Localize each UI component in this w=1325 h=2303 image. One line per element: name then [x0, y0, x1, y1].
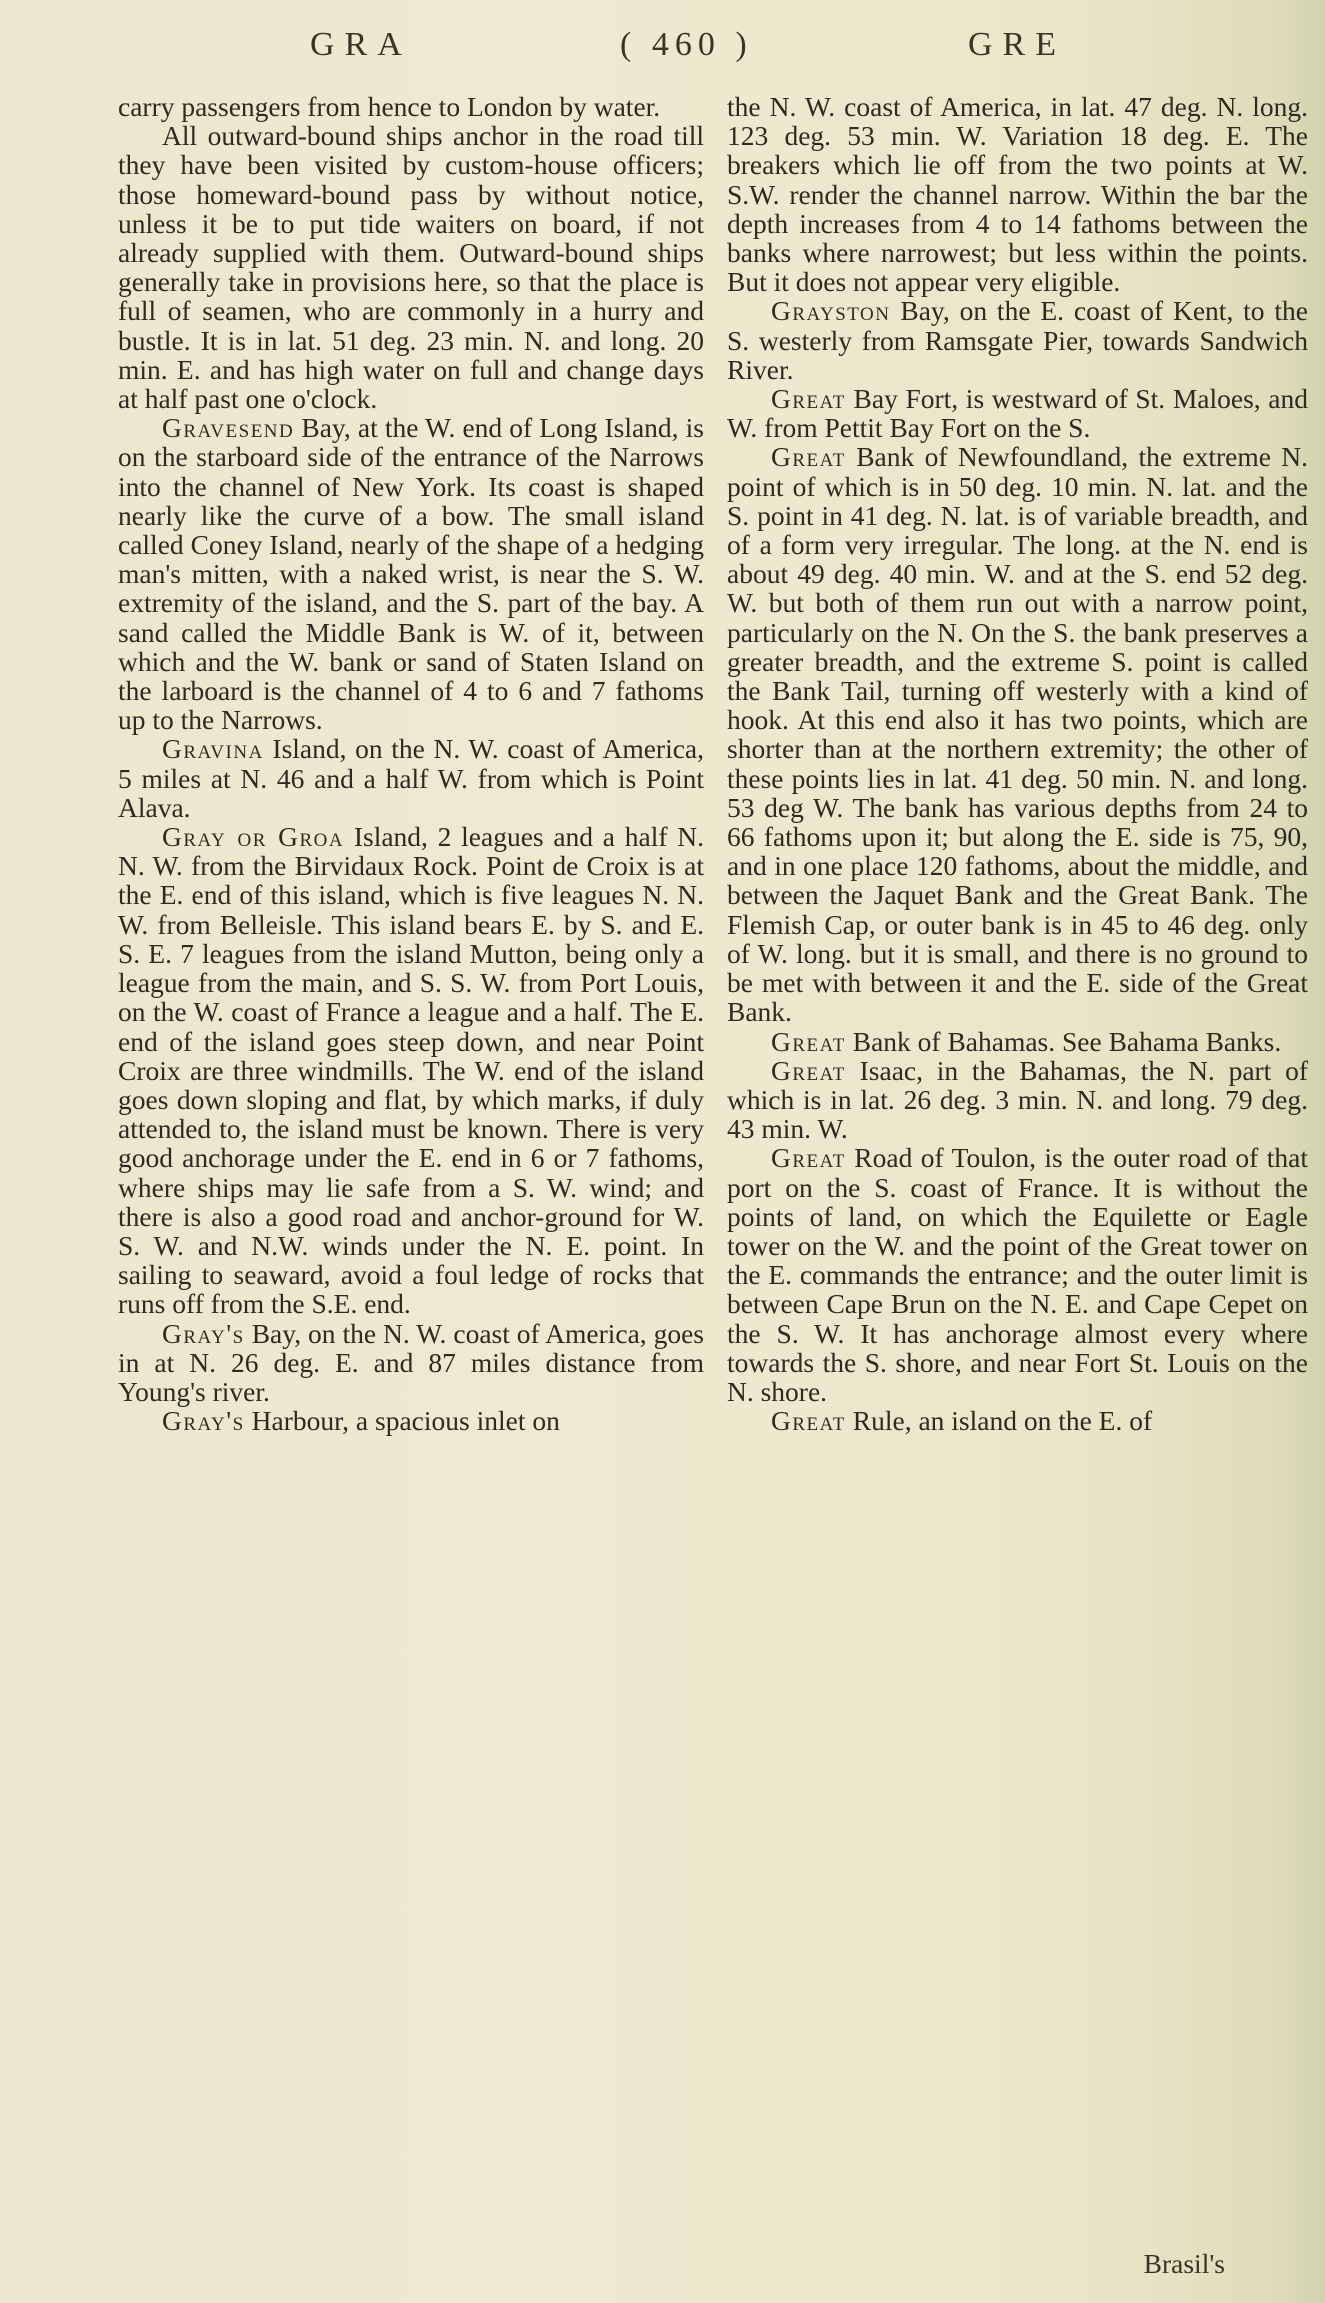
paragraph: All outward-bound ships anchor in the ro…: [118, 121, 704, 413]
paragraph-text: carry passengers from hence to London by…: [118, 91, 660, 122]
entry-text: Bank of Newfoundland, the extreme N. poi…: [727, 441, 1308, 1027]
entry-headword: Gray's: [162, 1318, 245, 1349]
running-head: GRA ( 460 ) GRE: [0, 18, 1325, 78]
gazetteer-entry: Gravesend Bay, at the W. end of Long Isl…: [118, 413, 704, 734]
gazetteer-entry: Great Bay Fort, is westward of St. Maloe…: [727, 384, 1308, 442]
gazetteer-entry: Great Bank of Bahamas. See Bahama Banks.: [727, 1027, 1308, 1056]
running-head-right: GRE: [968, 26, 1066, 64]
gazetteer-entry: Great Rule, an island on the E. of: [727, 1406, 1308, 1435]
entry-text: Bay, at the W. end of Long Island, is on…: [118, 412, 704, 735]
entry-headword: Great: [771, 441, 846, 472]
entry-text: Road of Toulon, is the outer road of tha…: [727, 1142, 1308, 1407]
entry-headword: Great: [771, 383, 846, 414]
left-column: carry passengers from hence to London by…: [118, 92, 704, 1435]
gazetteer-entry: Great Bank of Newfoundland, the extreme …: [727, 442, 1308, 1026]
page-number: ( 460 ): [620, 26, 753, 64]
entry-headword: Great: [771, 1055, 846, 1086]
gazetteer-entry: Gravina Island, on the N. W. coast of Am…: [118, 734, 704, 822]
right-column: the N. W. coast of America, in lat. 47 d…: [727, 92, 1308, 1435]
catchword: Brasil's: [1144, 2248, 1225, 2280]
entry-headword: Gravesend: [162, 412, 294, 443]
paragraph-text: All outward-bound ships anchor in the ro…: [118, 120, 704, 414]
entry-headword: Gray's: [162, 1405, 245, 1436]
entry-text: Harbour, a spacious inlet on: [245, 1405, 560, 1436]
entry-text: Island, 2 leagues and a half N. N. W. fr…: [118, 821, 704, 1319]
entry-headword: Gray or Groa: [162, 821, 344, 852]
gazetteer-entry: Great Isaac, in the Bahamas, the N. part…: [727, 1056, 1308, 1144]
gazetteer-entry: Grayston Bay, on the E. coast of Kent, t…: [727, 296, 1308, 384]
entry-headword: Great: [771, 1405, 846, 1436]
paragraph: the N. W. coast of America, in lat. 47 d…: [727, 92, 1308, 296]
paragraph: carry passengers from hence to London by…: [118, 92, 704, 121]
entry-text: Bank of Bahamas. See Bahama Banks.: [846, 1026, 1281, 1057]
entry-headword: Great: [771, 1026, 846, 1057]
entry-text: Rule, an island on the E. of: [846, 1405, 1152, 1436]
gazetteer-entry: Great Road of Toulon, is the outer road …: [727, 1143, 1308, 1406]
gazetteer-entry: Gray or Groa Island, 2 leagues and a hal…: [118, 822, 704, 1318]
entry-headword: Great: [771, 1142, 846, 1173]
paragraph-text: the N. W. coast of America, in lat. 47 d…: [727, 91, 1308, 297]
running-head-left: GRA: [310, 26, 412, 64]
gazetteer-entry: Gray's Harbour, a spacious inlet on: [118, 1406, 704, 1435]
gazetteer-entry: Gray's Bay, on the N. W. coast of Americ…: [118, 1319, 704, 1407]
book-page: GRA ( 460 ) GRE carry passengers from he…: [0, 0, 1325, 2303]
entry-headword: Gravina: [162, 733, 264, 764]
entry-headword: Grayston: [771, 295, 891, 326]
